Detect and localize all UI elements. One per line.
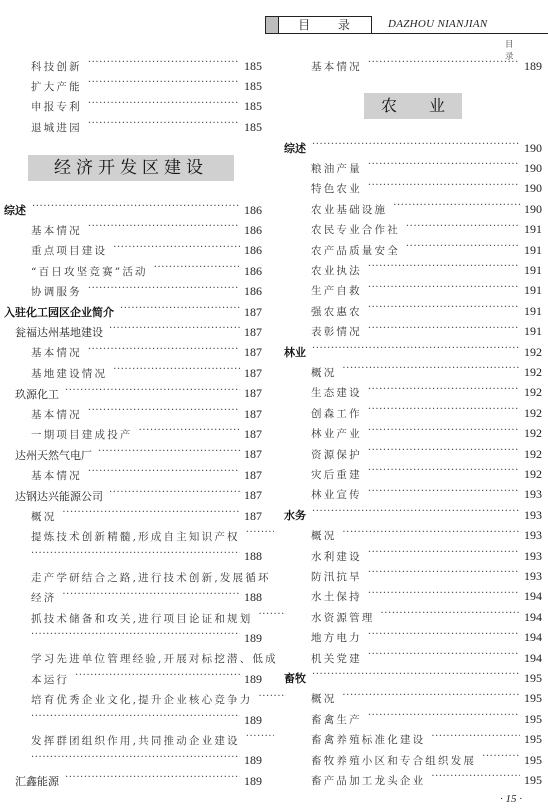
toc-entry-title: 重点项目建设 [31, 243, 113, 258]
toc-entry-page: 194 [520, 630, 542, 645]
dot-leader [98, 449, 240, 461]
toc-entry-title: 畜禽生产 [311, 712, 368, 727]
toc-entry-title: 林业 [284, 344, 312, 360]
toc-entry-title: 林业产业 [311, 426, 368, 441]
dot-leader [88, 286, 240, 298]
toc-entry-title: 粮油产量 [311, 161, 368, 176]
toc-entry-page: 192 [520, 365, 542, 380]
toc-entry[interactable]: 畜牧养殖小区和专合组织发展195 [284, 750, 542, 770]
dot-leader [368, 632, 520, 644]
dot-leader [88, 347, 240, 359]
toc-entry-title: 入驻化工园区企业简介 [4, 304, 120, 320]
toc-entry-page: 192 [520, 345, 542, 360]
dot-leader [368, 60, 520, 72]
toc-entry-page: 195 [520, 691, 542, 706]
toc-entry[interactable]: 畜禽生产195 [284, 709, 542, 729]
section-banner-economic-zone: 经济开发区建设 [28, 155, 234, 181]
toc-entry-page: 190 [520, 181, 542, 196]
toc-entry-page: 193 [520, 528, 542, 543]
toc-entry[interactable]: 水土保持194 [284, 587, 542, 607]
page-number: · 15 · [500, 793, 522, 805]
toc-entry[interactable]: 协调服务186 [4, 282, 262, 302]
toc-entry-page: 186 [240, 203, 262, 218]
dot-leader [368, 713, 520, 725]
toc-entry[interactable]: 创森工作192 [284, 403, 542, 423]
toc-entry[interactable]: 科技创新185 [4, 56, 262, 76]
toc-entry-title: 农业执法 [311, 263, 368, 278]
toc-entry-title: 灾后重建 [311, 467, 368, 482]
toc-entry[interactable]: 机关党建194 [284, 648, 542, 668]
toc-entry-page: 194 [520, 651, 542, 666]
left-column: 科技创新185扩大产能185申报专利185退城进园185综述186基本情况186… [4, 0, 262, 810]
toc-entry[interactable]: 林业产业192 [284, 424, 542, 444]
dot-leader [368, 428, 520, 440]
toc-entry-title: 基本情况 [311, 59, 368, 74]
toc-entry-title: 扩大产能 [31, 79, 88, 94]
toc-entry-page: 186 [240, 243, 262, 258]
toc-entry-page: 187 [240, 427, 262, 442]
dot-leader [113, 367, 240, 379]
toc-entry-page: 187 [240, 305, 262, 320]
toc-entry-title: 创森工作 [311, 406, 368, 421]
toc-entry-page: 189 [240, 713, 262, 728]
toc-entry-page: 185 [240, 99, 262, 114]
toc-entry[interactable]: 地方电力194 [284, 628, 542, 648]
dot-leader [312, 346, 520, 358]
toc-entry-page: 185 [240, 59, 262, 74]
toc-entry[interactable]: 达钢达兴能源公司187 [4, 486, 262, 506]
toc-entry-page: 187 [240, 345, 262, 360]
toc-entry[interactable]: 畜禽养殖标准化建设195 [284, 730, 542, 750]
toc-entry[interactable]: 扩大产能185 [4, 76, 262, 96]
toc-entry-page: 193 [520, 549, 542, 564]
dot-leader [31, 755, 240, 767]
dot-leader [88, 408, 240, 420]
dot-leader [406, 244, 520, 256]
toc-entry[interactable]: 综述186 [4, 200, 262, 220]
toc-entry[interactable]: 水利建设193 [284, 546, 542, 566]
toc-entry-page: 195 [520, 753, 542, 768]
toc-entry-page: 193 [520, 569, 542, 584]
toc-entry-title: 水土保持 [311, 589, 368, 604]
toc-entry-title: 农产品质量安全 [311, 243, 406, 258]
dot-leader [431, 774, 520, 786]
toc-entry[interactable]: 林业192 [284, 342, 542, 362]
toc-entry[interactable]: 特色农业190 [284, 179, 542, 199]
dot-leader [246, 530, 274, 542]
right-column: 基本情况189综述190粮油产量190特色农业190农业基础设施190农民专业合… [284, 0, 542, 810]
toc-entry-page: 194 [520, 610, 542, 625]
toc-entry[interactable]: 水务193 [284, 505, 542, 525]
toc-entry-title: 协调服务 [31, 284, 88, 299]
toc-entry-page: 189 [240, 672, 262, 687]
dot-leader [88, 121, 240, 133]
dot-leader [368, 591, 520, 603]
toc-entry-title: 一期项目建成投产 [31, 427, 139, 442]
dot-leader [368, 326, 520, 338]
toc-entry-title: 发挥群团组织作用,共同推动企业建设 [31, 733, 246, 748]
toc-entry-page: 187 [240, 468, 262, 483]
dot-leader [312, 142, 520, 154]
dot-leader [31, 632, 240, 644]
toc-entry-title: 瓮福达州基地建设 [15, 324, 109, 340]
toc-entry-title: 水务 [284, 507, 312, 523]
toc-entry[interactable]: 重点项目建设186 [4, 241, 262, 261]
toc-entry-page: 186 [240, 223, 262, 238]
toc-entry[interactable]: 基本情况186 [4, 220, 262, 240]
dot-leader [368, 387, 520, 399]
toc-entry-page: 187 [240, 509, 262, 524]
toc-entry[interactable]: 基本情况189 [284, 56, 542, 76]
toc-entry-page: 189 [520, 59, 542, 74]
toc-entry-page: 187 [240, 366, 262, 381]
toc-entry-page: 191 [520, 283, 542, 298]
toc-entry-page: 187 [240, 386, 262, 401]
dot-leader [88, 469, 240, 481]
dot-leader [368, 489, 520, 501]
toc-entry-title: 表彰情况 [311, 324, 368, 339]
toc-entry-title: 概况 [311, 528, 342, 543]
toc-entry[interactable]: 188 [4, 547, 262, 567]
toc-entry[interactable]: 达州天然气电厂187 [4, 445, 262, 465]
dot-leader [368, 183, 520, 195]
section-banner-agriculture: 农 业 [364, 93, 462, 119]
dot-leader [406, 224, 520, 236]
toc-entry-title: 综述 [284, 140, 312, 156]
dot-leader [62, 592, 240, 604]
header-tab-marker [266, 17, 279, 33]
dot-leader [368, 305, 520, 317]
toc-entry-page: 191 [520, 222, 542, 237]
toc-entry[interactable]: 基本情况187 [4, 404, 262, 424]
toc-entry[interactable]: 本运行189 [4, 669, 262, 689]
toc-entry-title: “百日攻坚竞赛”活动 [31, 264, 154, 279]
toc-entry-title: 畜禽养殖标准化建设 [311, 732, 431, 747]
toc-entry-page: 188 [240, 590, 262, 605]
toc-entry-title: 概况 [311, 691, 342, 706]
toc-entry-title: 经济 [31, 590, 62, 605]
dot-leader [312, 672, 520, 684]
toc-entry-title: 基本情况 [31, 345, 88, 360]
toc-entry[interactable]: 生态建设192 [284, 383, 542, 403]
toc-entry-page: 195 [520, 773, 542, 788]
toc-entry[interactable]: 概况193 [284, 526, 542, 546]
dot-leader [368, 550, 520, 562]
toc-entry-title: 达州天然气电厂 [15, 447, 98, 463]
toc-entry-title: 特色农业 [311, 181, 368, 196]
toc-entry-page: 195 [520, 671, 542, 686]
toc-entry-page: 187 [240, 447, 262, 462]
toc-entry-title: 农业基础设施 [311, 202, 393, 217]
toc-entry-page: 193 [520, 487, 542, 502]
toc-entry-page: 188 [240, 549, 262, 564]
dot-leader [342, 693, 520, 705]
dot-leader [109, 326, 240, 338]
dot-leader [368, 285, 520, 297]
toc-entry[interactable]: 防汛抗旱193 [284, 566, 542, 586]
toc-entry-title: 水利建设 [311, 549, 368, 564]
toc-entry[interactable]: 概况192 [284, 362, 542, 382]
toc-entry-page: 190 [520, 202, 542, 217]
toc-entry[interactable]: 玖源化工187 [4, 384, 262, 404]
dot-leader [368, 652, 520, 664]
toc-entry[interactable]: 基本情况187 [4, 465, 262, 485]
toc-entry-page: 189 [240, 753, 262, 768]
dot-leader [31, 714, 240, 726]
dot-leader [139, 428, 240, 440]
toc-entry-title: 综述 [4, 202, 32, 218]
toc-entry-title: 提炼技术创新精髓,形成自主知识产权 [31, 529, 246, 544]
toc-entry[interactable]: 瓮福达州基地建设187 [4, 322, 262, 342]
dot-leader [482, 754, 520, 766]
toc-entry-title: 畜牧 [284, 670, 312, 686]
dot-leader [62, 510, 240, 522]
dot-leader [31, 551, 240, 563]
dot-leader [258, 612, 286, 624]
dot-leader [246, 734, 274, 746]
toc-entry-title: 水资源管理 [311, 610, 381, 625]
toc-entry-page: 191 [520, 304, 542, 319]
toc-entry-title: 畜牧养殖小区和专合组织发展 [311, 753, 482, 768]
toc-entry-title: 基地建设情况 [31, 366, 113, 381]
toc-entry-page: 192 [520, 385, 542, 400]
toc-entry-page: 192 [520, 426, 542, 441]
toc-entry-title: 基本情况 [31, 223, 88, 238]
toc-entry-page: 186 [240, 264, 262, 279]
dot-leader [368, 468, 520, 480]
toc-entry-title: 学习先进单位管理经验,开展对标挖潜、低成 [31, 651, 284, 666]
toc-entry-title: 退城进园 [31, 120, 88, 135]
toc-entry-title: 防汛抗旱 [311, 569, 368, 584]
toc-entry[interactable]: “百日攻坚竞赛”活动186 [4, 261, 262, 281]
toc-entry-page: 192 [520, 447, 542, 462]
toc-entry-page: 193 [520, 508, 542, 523]
toc-entry[interactable]: 粮油产量190 [284, 158, 542, 178]
dot-leader [312, 509, 520, 521]
toc-entry-page: 187 [240, 407, 262, 422]
toc-entry-page: 192 [520, 467, 542, 482]
toc-entry[interactable]: 基本情况187 [4, 343, 262, 363]
toc-entry-page: 186 [240, 284, 262, 299]
toc-entry-title: 概况 [31, 509, 62, 524]
dot-leader [368, 162, 520, 174]
toc-entry[interactable]: 189 [4, 751, 262, 771]
toc-entry[interactable]: 一期项目建成投产187 [4, 424, 262, 444]
dot-leader [381, 611, 521, 623]
dot-leader [88, 224, 240, 236]
toc-entry[interactable]: 生产自救191 [284, 281, 542, 301]
toc-entry[interactable]: 申报专利185 [4, 97, 262, 117]
dot-leader [65, 775, 240, 787]
toc-entry[interactable]: 入驻化工园区企业简介187 [4, 302, 262, 322]
toc-entry-page: 192 [520, 406, 542, 421]
toc-entry[interactable]: 汇鑫能源189 [4, 771, 262, 791]
toc-entry-page: 190 [520, 161, 542, 176]
toc-entry[interactable]: 资源保护192 [284, 444, 542, 464]
toc-entry-title: 汇鑫能源 [15, 773, 65, 789]
toc-entry[interactable]: 表彰情况191 [284, 322, 542, 342]
toc-entry-title: 林业宣传 [311, 487, 368, 502]
toc-entry[interactable]: 提炼技术创新精髓,形成自主知识产权 [4, 526, 262, 546]
dot-leader [65, 388, 240, 400]
toc-entry-title: 达钢达兴能源公司 [15, 488, 109, 504]
toc-entry[interactable]: 农产品质量安全191 [284, 240, 542, 260]
toc-entry[interactable]: 发挥群团组织作用,共同推动企业建设 [4, 730, 262, 750]
toc-entry-page: 195 [520, 732, 542, 747]
toc-entry[interactable]: 农民专业合作社191 [284, 220, 542, 240]
dot-leader [431, 734, 520, 746]
toc-entry[interactable]: 强农惠农191 [284, 301, 542, 321]
toc-entry-page: 191 [520, 243, 542, 258]
dot-leader [342, 530, 520, 542]
toc-entry[interactable]: 抓技术储备和攻关,进行项目论证和规划 [4, 608, 262, 628]
dot-leader [113, 245, 240, 257]
dot-leader [88, 60, 240, 72]
toc-entry-title: 抓技术储备和攻关,进行项目论证和规划 [31, 611, 258, 626]
dot-leader [342, 366, 520, 378]
toc-entry-title: 畜产品加工龙头企业 [311, 773, 431, 788]
toc-entry[interactable]: 畜产品加工龙头企业195 [284, 770, 542, 790]
dot-leader [368, 407, 520, 419]
toc-entry-title: 机关党建 [311, 651, 368, 666]
toc-entry-page: 191 [520, 263, 542, 278]
toc-entry-title: 生产自救 [311, 283, 368, 298]
toc-entry-title: 科技创新 [31, 59, 88, 74]
toc-entry[interactable]: 走产学研结合之路,进行技术创新,发展循环 [4, 567, 262, 587]
toc-entry[interactable]: 概况195 [284, 689, 542, 709]
toc-entry[interactable]: 综述190 [284, 138, 542, 158]
toc-entry[interactable]: 农业基础设施190 [284, 199, 542, 219]
dot-leader [154, 265, 240, 277]
dot-leader [32, 204, 240, 216]
toc-entry[interactable]: 基地建设情况187 [4, 363, 262, 383]
toc-entry-title: 农民专业合作社 [311, 222, 406, 237]
toc-entry-title: 基本情况 [31, 468, 88, 483]
dot-leader [393, 203, 520, 215]
toc-entry-page: 189 [240, 774, 262, 789]
dot-leader [368, 448, 520, 460]
toc-entry-page: 195 [520, 712, 542, 727]
toc-entry-page: 194 [520, 589, 542, 604]
toc-entry-page: 187 [240, 488, 262, 503]
dot-leader [88, 80, 240, 92]
dot-leader [368, 264, 520, 276]
toc-entry-title: 本运行 [31, 672, 75, 687]
toc-entry[interactable]: 灾后重建192 [284, 464, 542, 484]
toc-entry[interactable]: 畜牧195 [284, 668, 542, 688]
dot-leader [368, 570, 520, 582]
toc-entry[interactable]: 学习先进单位管理经验,开展对标挖潜、低成 [4, 649, 262, 669]
toc-entry-title: 基本情况 [31, 407, 88, 422]
toc-entry-title: 培育优秀企业文化,提升企业核心竞争力 [31, 692, 258, 707]
toc-entry[interactable]: 189 [4, 710, 262, 730]
dot-leader [88, 101, 240, 113]
toc-entry-page: 190 [520, 141, 542, 156]
toc-entry-title: 申报专利 [31, 99, 88, 114]
toc-entry[interactable]: 经济188 [4, 588, 262, 608]
toc-entry-title: 地方电力 [311, 630, 368, 645]
toc-entry-title: 走产学研结合之路,进行技术创新,发展循环 [31, 570, 277, 585]
toc-entry-page: 187 [240, 325, 262, 340]
toc-entry[interactable]: 水资源管理194 [284, 607, 542, 627]
dot-leader [258, 694, 286, 706]
toc-entry[interactable]: 概况187 [4, 506, 262, 526]
toc-entry-title: 玖源化工 [15, 386, 65, 402]
toc-entry-page: 185 [240, 79, 262, 94]
dot-leader [75, 673, 240, 685]
toc-entry[interactable]: 培育优秀企业文化,提升企业核心竞争力 [4, 690, 262, 710]
toc-entry[interactable]: 林业宣传193 [284, 485, 542, 505]
toc-entry[interactable]: 退城进园185 [4, 117, 262, 137]
toc-entry[interactable]: 农业执法191 [284, 260, 542, 280]
toc-entry-title: 资源保护 [311, 447, 368, 462]
dot-leader [109, 490, 240, 502]
toc-entry-title: 生态建设 [311, 385, 368, 400]
toc-entry-page: 189 [240, 631, 262, 646]
toc-entry-page: 191 [520, 324, 542, 339]
toc-entry-title: 概况 [311, 365, 342, 380]
toc-entry-page: 185 [240, 120, 262, 135]
toc-entry[interactable]: 189 [4, 628, 262, 648]
toc-entry-title: 强农惠农 [311, 304, 368, 319]
dot-leader [120, 306, 240, 318]
